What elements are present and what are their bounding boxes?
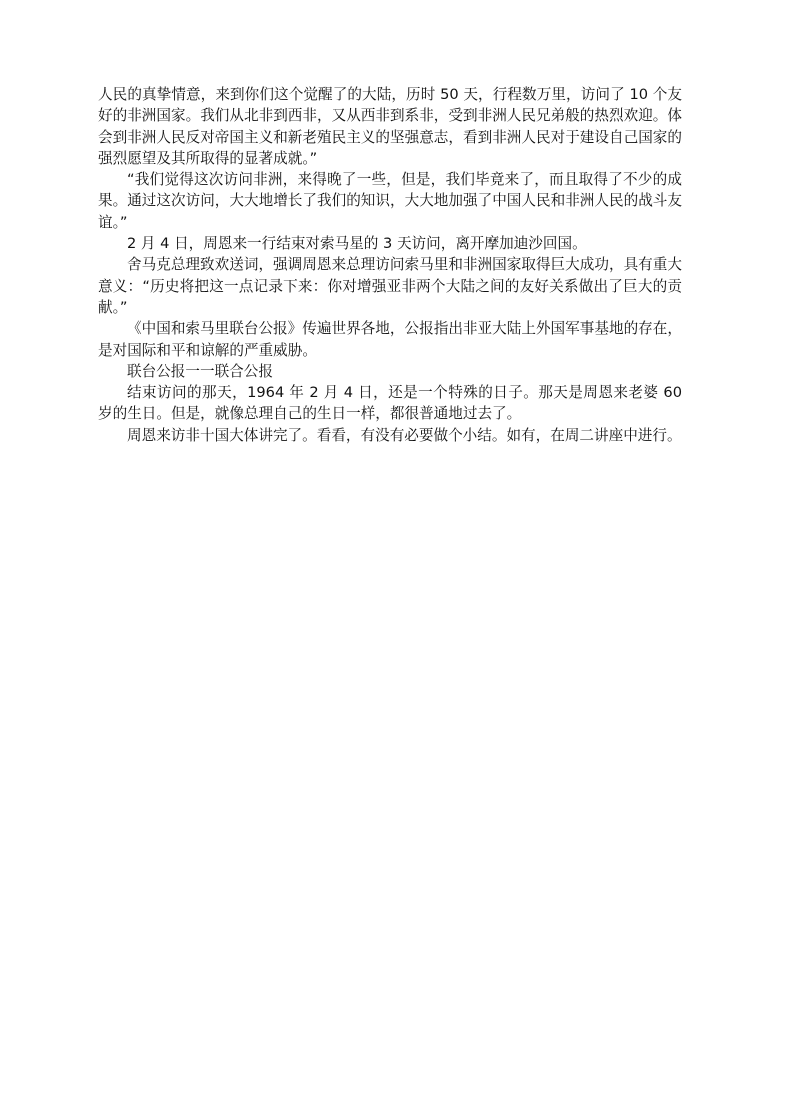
paragraph-6: 联台公报一一联合公报 bbox=[98, 361, 682, 382]
paragraph-8: 周恩来访非十国大体讲完了。看看，有没有必要做个小结。如有，在周二讲座中进行。 bbox=[98, 425, 682, 446]
paragraph-2: “我们觉得这次访问非洲，来得晚了一些，但是，我们毕竟来了，而且取得了不少的成果。… bbox=[98, 169, 682, 233]
paragraph-3: 2 月 4 日，周恩来一行结束对索马星的 3 天访问，离开摩加迪沙回国。 bbox=[98, 233, 682, 254]
paragraph-7: 结束访问的那天，1964 年 2 月 4 日，还是一个特殊的日子。那天是周恩来老… bbox=[98, 382, 682, 425]
paragraph-1: 人民的真挚情意，来到你们这个觉醒了的大陆，历时 50 天，行程数万里，访问了 1… bbox=[98, 84, 682, 169]
paragraph-4: 舍马克总理致欢送词，强调周恩来总理访问索马里和非洲国家取得巨大成功，具有重大意义… bbox=[98, 254, 682, 318]
paragraph-5: 《中国和索马里联台公报》传遍世界各地，公报指出非亚大陆上外国军事基地的存在，是对… bbox=[98, 318, 682, 361]
document-page: 人民的真挚情意，来到你们这个觉醒了的大陆，历时 50 天，行程数万里，访问了 1… bbox=[98, 84, 682, 446]
